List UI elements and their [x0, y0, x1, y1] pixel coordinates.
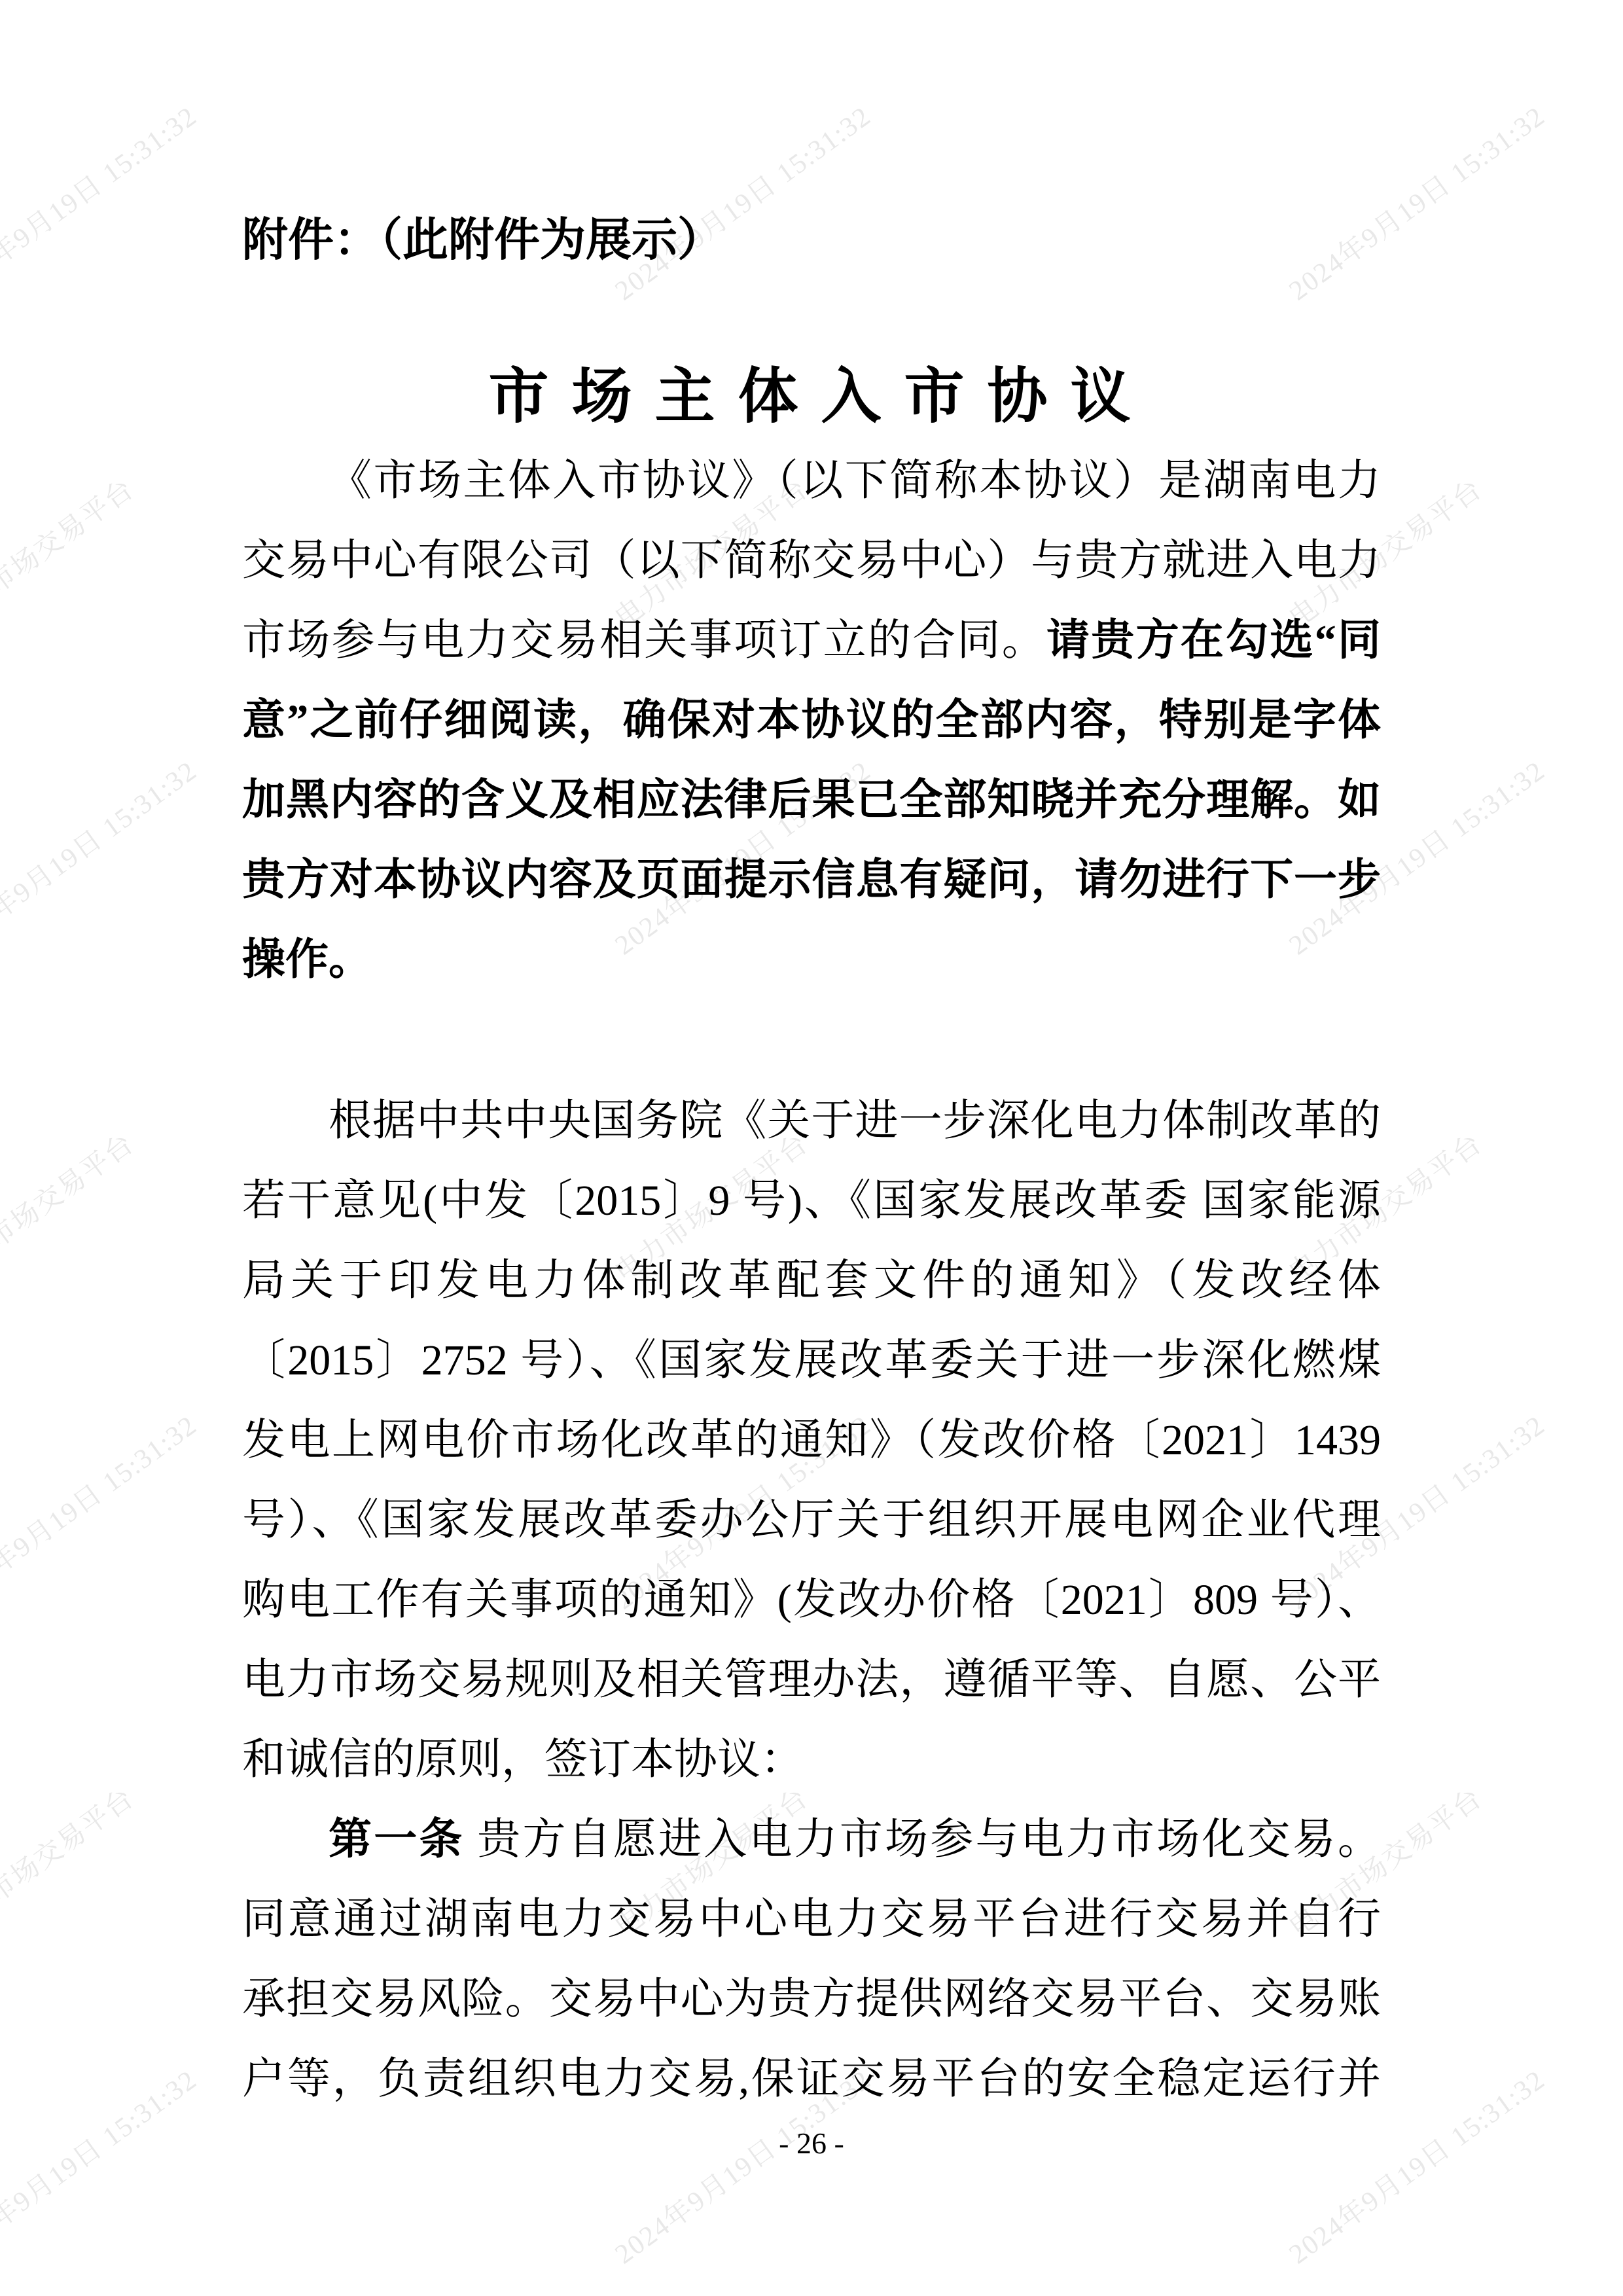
text-line: 局关于印发电力体制改革配套文件的通知》（发改经体: [242, 1241, 1381, 1321]
text-line: 户等，负责组织电力交易,保证交易平台的安全稳定运行并: [242, 2039, 1381, 2119]
body-text: 号）、《国家发展改革委办公厅关于组织开展电网企业代理: [242, 1496, 1381, 1544]
text-line: 意”之前仔细阅读，确保对本协议的全部内容，特别是字体: [242, 681, 1381, 761]
paragraph: 《市场主体入市协议》（以下简称本协议）是湖南电力交易中心有限公司（以下简称交易中…: [242, 441, 1381, 1000]
body-text: 根据中共中央国务院《关于进一步深化电力体制改革的: [329, 1097, 1381, 1145]
text-line: 同意通过湖南电力交易中心电力交易平台进行交易并自行: [242, 1880, 1381, 1960]
body-text: 局关于印发电力体制改革配套文件的通知》（发改经体: [242, 1257, 1381, 1304]
text-line: 操作。: [242, 920, 1381, 1000]
text-line: 《市场主体入市协议》（以下简称本协议）是湖南电力: [242, 441, 1381, 521]
body-text: 承担交易风险。交易中心为贵方提供网络交易平台、交易账: [242, 1975, 1381, 2023]
body-text: 〔2015〕2752 号）、《国家发展改革委关于进一步深化燃煤: [242, 1336, 1381, 1384]
document-page: 2024年9月19日 15:31:322024年9月19日 15:31:3220…: [0, 0, 1623, 2296]
body-text: 和诚信的原则，签订本协议：: [242, 1736, 804, 1784]
bold-text: 意”之前仔细阅读，确保对本协议的全部内容，特别是字体: [242, 696, 1381, 744]
body-text: 市场参与电力交易相关事项订立的合同。: [242, 617, 1046, 664]
attachment-label: 附件：（此附件为展示）: [242, 0, 1381, 266]
watermark-timestamp: 2024年9月19日 15:31:32: [0, 100, 204, 308]
body-text: 同意通过湖南电力交易中心电力交易平台进行交易并自行: [242, 1895, 1381, 1943]
body-text: 交易中心有限公司（以下简称交易中心）与贵方就进入电力: [242, 537, 1381, 584]
paragraph: 根据中共中央国务院《关于进一步深化电力体制改革的若干意见(中发〔2015〕9 号…: [242, 1081, 1381, 1800]
bold-text: 贵方对本协议内容及页面提示信息有疑问，请勿进行下一步: [242, 856, 1381, 904]
text-line: 第一条 贵方自愿进入电力市场参与电力市场化交易。: [242, 1800, 1381, 1880]
bold-text: 操作。: [242, 936, 372, 984]
body-text: 电力市场交易规则及相关管理办法，遵循平等、自愿、公平: [242, 1656, 1381, 1704]
text-line: 若干意见(中发〔2015〕9 号)、《国家发展改革委 国家能源: [242, 1161, 1381, 1241]
text-line: 〔2015〕2752 号）、《国家发展改革委关于进一步深化燃煤: [242, 1321, 1381, 1401]
page-number: - 26 -: [0, 2126, 1623, 2161]
text-line: 承担交易风险。交易中心为贵方提供网络交易平台、交易账: [242, 1960, 1381, 2039]
text-line: 加黑内容的含义及相应法律后果已全部知晓并充分理解。如: [242, 761, 1381, 840]
text-line: 购电工作有关事项的通知》(发改办价格〔2021〕809 号）、: [242, 1560, 1381, 1640]
paragraph: 第一条 贵方自愿进入电力市场参与电力市场化交易。同意通过湖南电力交易中心电力交易…: [242, 1800, 1381, 2119]
document-body: 《市场主体入市协议》（以下简称本协议）是湖南电力交易中心有限公司（以下简称交易中…: [242, 441, 1381, 2119]
watermark-platform: 电力市场交易平台: [0, 1128, 141, 1289]
bold-text: 第一条: [329, 1816, 465, 1863]
text-line: 号）、《国家发展改革委办公厅关于组织开展电网企业代理: [242, 1480, 1381, 1560]
text-line: 贵方对本协议内容及页面提示信息有疑问，请勿进行下一步: [242, 840, 1381, 920]
watermark-platform: 电力市场交易平台: [0, 473, 141, 635]
text-line: 市场参与电力交易相关事项订立的合同。请贵方在勾选“同: [242, 601, 1381, 681]
text-line: 根据中共中央国务院《关于进一步深化电力体制改革的: [242, 1081, 1381, 1161]
bold-text: 加黑内容的含义及相应法律后果已全部知晓并充分理解。如: [242, 776, 1381, 824]
document-content: 附件：（此附件为展示） 市 场 主 体 入 市 协 议 《市场主体入市协议》（以…: [242, 0, 1381, 2119]
body-text: 户等，负责组织电力交易,保证交易平台的安全稳定运行并: [242, 2055, 1381, 2103]
text-line: 交易中心有限公司（以下简称交易中心）与贵方就进入电力: [242, 521, 1381, 601]
text-line: 发电上网电价市场化改革的通知》（发改价格〔2021〕1439: [242, 1401, 1381, 1480]
text-line: 电力市场交易规则及相关管理办法，遵循平等、自愿、公平: [242, 1640, 1381, 1720]
document-title: 市 场 主 体 入 市 协 议: [242, 364, 1381, 429]
body-text: 发电上网电价市场化改革的通知》（发改价格〔2021〕1439: [242, 1416, 1381, 1464]
body-text: 若干意见(中发〔2015〕9 号)、《国家发展改革委 国家能源: [242, 1177, 1381, 1225]
body-text: 贵方自愿进入电力市场参与电力市场化交易。: [465, 1816, 1381, 1863]
body-text: 购电工作有关事项的通知》(发改办价格〔2021〕809 号）、: [242, 1576, 1381, 1624]
watermark-timestamp: 2024年9月19日 15:31:32: [0, 2064, 204, 2271]
watermark-platform: 电力市场交易平台: [0, 1782, 141, 1944]
watermark-timestamp: 2024年9月19日 15:31:32: [0, 1409, 204, 1617]
text-line: 和诚信的原则，签订本协议：: [242, 1720, 1381, 1800]
watermark-timestamp: 2024年9月19日 15:31:32: [0, 755, 204, 962]
bold-text: 请贵方在勾选“同: [1046, 617, 1381, 664]
body-text: 《市场主体入市协议》（以下简称本协议）是湖南电力: [329, 457, 1381, 505]
